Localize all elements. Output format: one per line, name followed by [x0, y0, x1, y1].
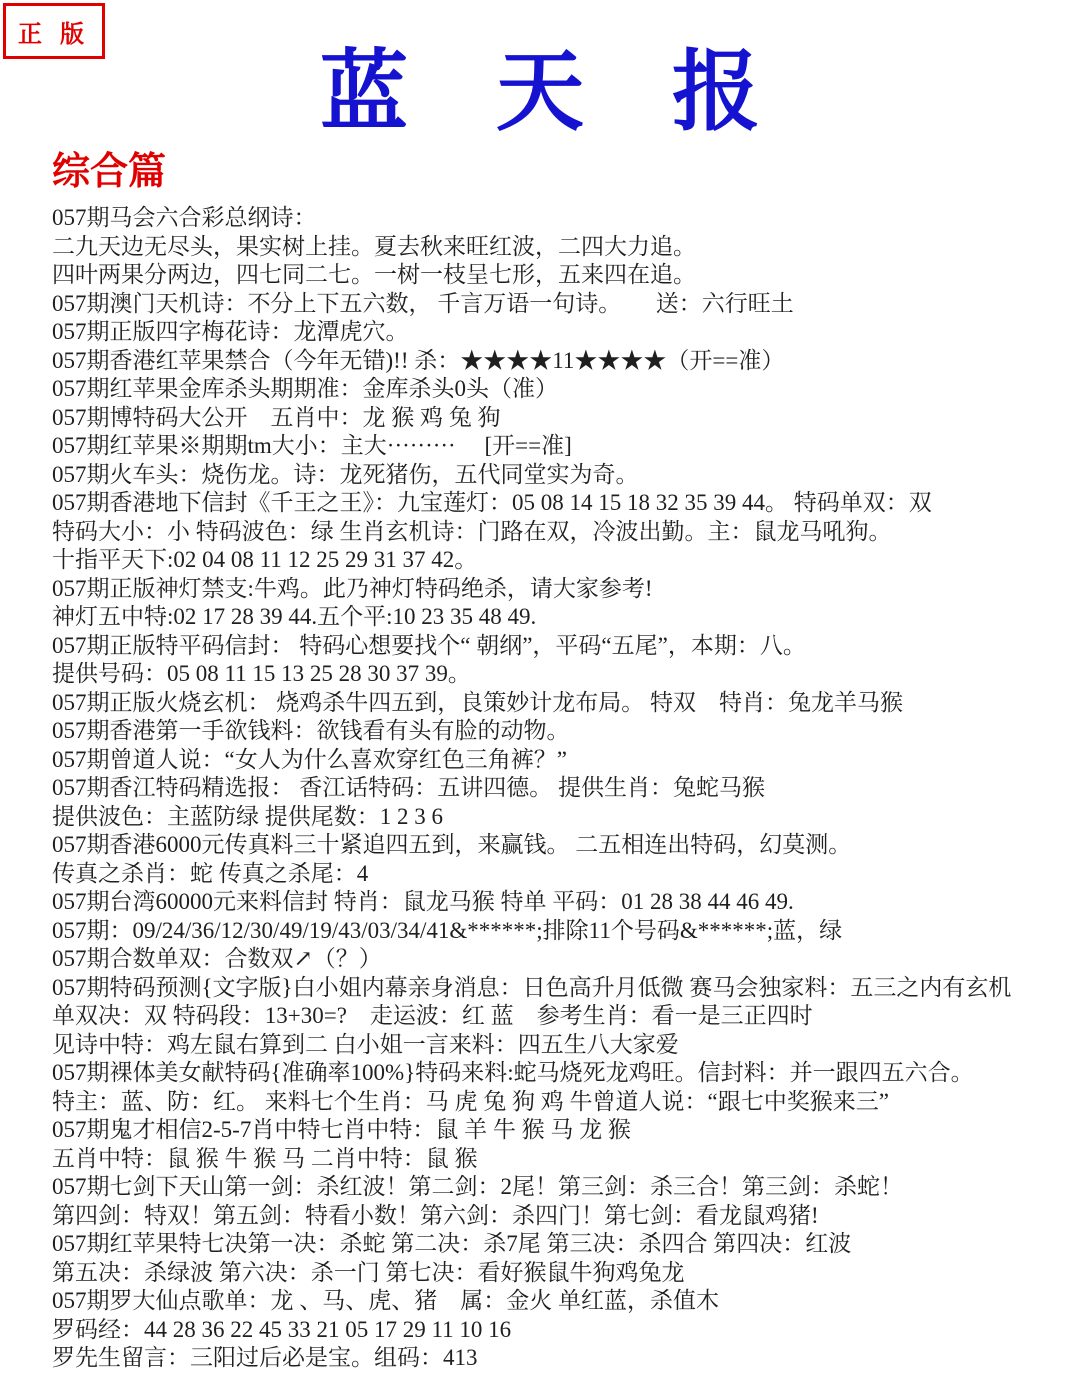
report-line-28: 057期特码预测{文字版}白小姐内幕亲身消息：日色高升月低微 赛马会独家料：五三… — [52, 974, 1070, 1003]
report-line-38: 第五决：杀绿波 第六决：杀一门 第七决：看好猴鼠牛狗鸡兔龙 — [52, 1259, 1070, 1288]
report-line-32: 特主：蓝、防：红。 来料七个生肖：马 虎 兔 狗 鸡 牛曾道人说：“跟七中奖猴来… — [52, 1088, 1070, 1117]
report-line-15: 神灯五中特:02 17 28 39 44.五个平:10 23 35 48 49. — [52, 603, 1070, 632]
report-line-14: 057期正版神灯禁支:牛鸡。此乃神灯特码绝杀，请大家参考! — [52, 575, 1070, 604]
report-line-41: 罗先生留言：三阳过后必是宝。组码：413 — [52, 1344, 1070, 1373]
report-line-30: 见诗中特：鸡左鼠右算到二 白小姐一言来料：四五生八大家爱 — [52, 1031, 1070, 1060]
report-line-20: 057期曾道人说：“女人为什么喜欢穿红色三角裤？” — [52, 746, 1070, 775]
report-line-12: 特码大小：小 特码波色：绿 生肖玄机诗：门路在双，冷波出勤。主：鼠龙马吼狗。 — [52, 518, 1070, 547]
report-line-17: 提供号码：05 08 11 15 13 25 28 30 37 39。 — [52, 660, 1070, 689]
section-heading: 综合篇 — [52, 150, 166, 194]
report-line-7: 057期红苹果金库杀头期期准：金库杀头0头（准） — [52, 375, 1070, 404]
report-line-36: 第四剑：特双！第五剑：特看小数！第六剑：杀四门！第七剑：看龙鼠鸡猪! — [52, 1202, 1070, 1231]
report-line-29: 单双决：双 特码段：13+30=? 走运波：红 蓝 参考生肖：看一是三正四时 — [52, 1002, 1070, 1031]
report-line-24: 传真之杀肖：蛇 传真之杀尾：4 — [52, 860, 1070, 889]
report-line-6: 057期香港红苹果禁合（今年无错)!! 杀：★★★★11★★★★（开==准） — [52, 347, 1070, 376]
report-body: 057期马会六合彩总纲诗：二九天边无尽头，果实树上挂。夏去秋来旺红波，二四大力追… — [52, 204, 1070, 1373]
report-line-26: 057期：09/24/36/12/30/49/19/43/03/34/41&**… — [52, 917, 1070, 946]
report-line-4: 057期澳门天机诗：不分上下五六数， 千言万语一句诗。 送：六行旺土 — [52, 290, 1070, 319]
report-line-9: 057期红苹果※期期tm大小：主大········· [开==准] — [52, 432, 1070, 461]
report-line-23: 057期香港6000元传真料三十紧追四五到，来赢钱。 二五相连出特码，幻莫测。 — [52, 831, 1070, 860]
report-line-34: 五肖中特：鼠 猴 牛 猴 马 二肖中特：鼠 猴 — [52, 1145, 1070, 1174]
report-line-2: 二九天边无尽头，果实树上挂。夏去秋来旺红波，二四大力追。 — [52, 233, 1070, 262]
report-line-3: 四叶两果分两边，四七同二七。一树一枝呈七形，五来四在追。 — [52, 261, 1070, 290]
report-line-22: 提供波色：主蓝防绿 提供尾数：1 2 3 6 — [52, 803, 1070, 832]
report-line-19: 057期香港第一手欲钱料：欲钱看有头有脸的动物。 — [52, 717, 1070, 746]
report-line-40: 罗码经：44 28 36 22 45 33 21 05 17 29 11 10 … — [52, 1316, 1070, 1345]
report-line-31: 057期裸体美女献特码{准确率100%}特码来料:蛇马烧死龙鸡旺。信封料：并一跟… — [52, 1059, 1070, 1088]
report-line-21: 057期香江特码精选报： 香江话特码：五讲四德。 提供生肖：兔蛇马猴 — [52, 774, 1070, 803]
report-line-5: 057期正版四字梅花诗：龙潭虎穴。 — [52, 318, 1070, 347]
report-line-25: 057期台湾60000元来料信封 特肖：鼠龙马猴 特单 平码：01 28 38 … — [52, 888, 1070, 917]
report-line-33: 057期鬼才相信2-5-7肖中特七肖中特：鼠 羊 牛 猴 马 龙 猴 — [52, 1116, 1070, 1145]
report-line-18: 057期正版火烧玄机： 烧鸡杀牛四五到，良策妙计龙布局。 特双 特肖：兔龙羊马猴 — [52, 689, 1070, 718]
report-line-27: 057期合数单双：合数双↗（？） — [52, 945, 1070, 974]
report-page: { "badge": { "label": "正 版" }, "title": … — [0, 0, 1080, 1380]
report-line-1: 057期马会六合彩总纲诗： — [52, 204, 1070, 233]
report-line-39: 057期罗大仙点歌单：龙 、马、虎、猪 属：金火 单红蓝，杀值木 — [52, 1287, 1070, 1316]
report-line-13: 十指平天下:02 04 08 11 12 25 29 31 37 42。 — [52, 546, 1070, 575]
page-title: 蓝 天 报 — [0, 44, 1080, 144]
report-line-11: 057期香港地下信封《千王之王》：九宝莲灯：05 08 14 15 18 32 … — [52, 489, 1070, 518]
report-line-10: 057期火车头：烧伤龙。诗：龙死猪伤，五代同堂实为奇。 — [52, 461, 1070, 490]
report-line-35: 057期七剑下天山第一剑：杀红波！第二剑：2尾！第三剑：杀三合！第三剑：杀蛇！ — [52, 1173, 1070, 1202]
report-line-16: 057期正版特平码信封： 特码心想要找个“ 朝纲”，平码“五尾”，本期：八。 — [52, 632, 1070, 661]
report-line-37: 057期红苹果特七决第一决：杀蛇 第二决：杀7尾 第三决：杀四合 第四决：红波 — [52, 1230, 1070, 1259]
report-line-8: 057期博特码大公开 五肖中：龙 猴 鸡 兔 狗 — [52, 404, 1070, 433]
